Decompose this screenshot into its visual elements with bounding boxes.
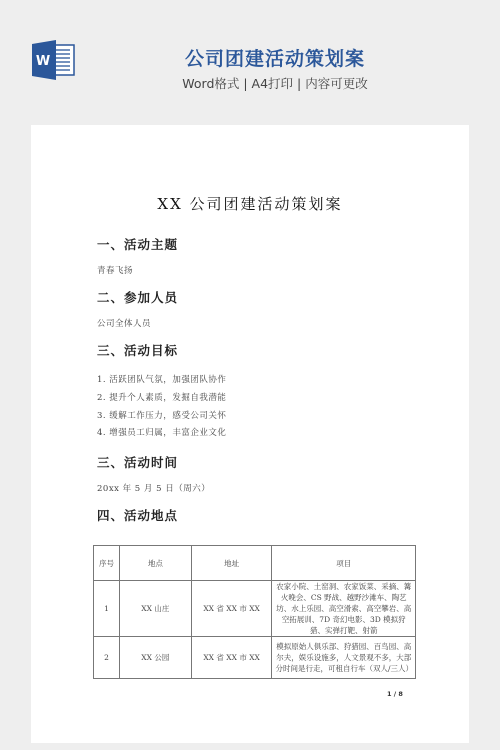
document-title: XX 公司团建活动策划案 — [31, 193, 469, 214]
section-heading-goals: 三、活动目标 — [97, 341, 178, 359]
table-cell: 1 — [94, 581, 120, 637]
table-cell: XX 山庄 — [119, 581, 191, 637]
goal-item: 2. 提升个人素质，发掘自我潜能 — [97, 391, 226, 403]
table-cell: 2 — [94, 637, 120, 679]
page-indicator: 1 / 8 — [387, 690, 403, 698]
location-table: 序号 地点 地址 项目 1 XX 山庄 XX 省 XX 市 XX 农家小院、土窑… — [93, 545, 416, 679]
section-body-time: 20xx 年 5 月 5 日（周六） — [97, 482, 210, 494]
header-title: 公司团建活动策划案 — [0, 44, 500, 71]
table-header-cell: 地址 — [191, 546, 272, 581]
table-row: 2 XX 公园 XX 省 XX 市 XX 模拟原始人俱乐部、狩猎园、百鸟园、高尔… — [94, 637, 416, 679]
table-cell: XX 省 XX 市 XX — [191, 581, 272, 637]
table-header-cell: 地点 — [119, 546, 191, 581]
table-cell: XX 公园 — [119, 637, 191, 679]
section-heading-location: 四、活动地点 — [97, 506, 178, 524]
section-body-participants: 公司全体人员 — [97, 317, 151, 329]
section-heading-participants: 二、参加人员 — [97, 288, 178, 306]
table-row: 1 XX 山庄 XX 省 XX 市 XX 农家小院、土窑洞、农家饭菜、采摘、篝火… — [94, 581, 416, 637]
table-header-row: 序号 地点 地址 项目 — [94, 546, 416, 581]
section-heading-theme: 一、活动主题 — [97, 235, 178, 253]
goal-item: 1. 活跃团队气氛，加强团队协作 — [97, 373, 226, 385]
section-body-theme: 青春飞扬 — [97, 264, 133, 276]
table-cell: XX 省 XX 市 XX — [191, 637, 272, 679]
document-page: XX 公司团建活动策划案 一、活动主题 青春飞扬 二、参加人员 公司全体人员 三… — [31, 125, 469, 743]
section-heading-time: 三、活动时间 — [97, 453, 178, 471]
table-cell: 模拟原始人俱乐部、狩猎园、百鸟园、高尔夫，娱乐设施多，人文景观不多，大部分时间是… — [272, 637, 416, 679]
header-subtitle: Word格式 | A4打印 | 内容可更改 — [0, 74, 500, 92]
goal-item: 4. 增强员工归属，丰富企业文化 — [97, 426, 226, 438]
table-header-cell: 序号 — [94, 546, 120, 581]
table-header-cell: 项目 — [272, 546, 416, 581]
table-cell: 农家小院、土窑洞、农家饭菜、采摘、篝火晚会、CS 野战、越野沙滩车、陶艺坊、水上… — [272, 581, 416, 637]
goal-item: 3. 缓解工作压力，感受公司关怀 — [97, 409, 226, 421]
